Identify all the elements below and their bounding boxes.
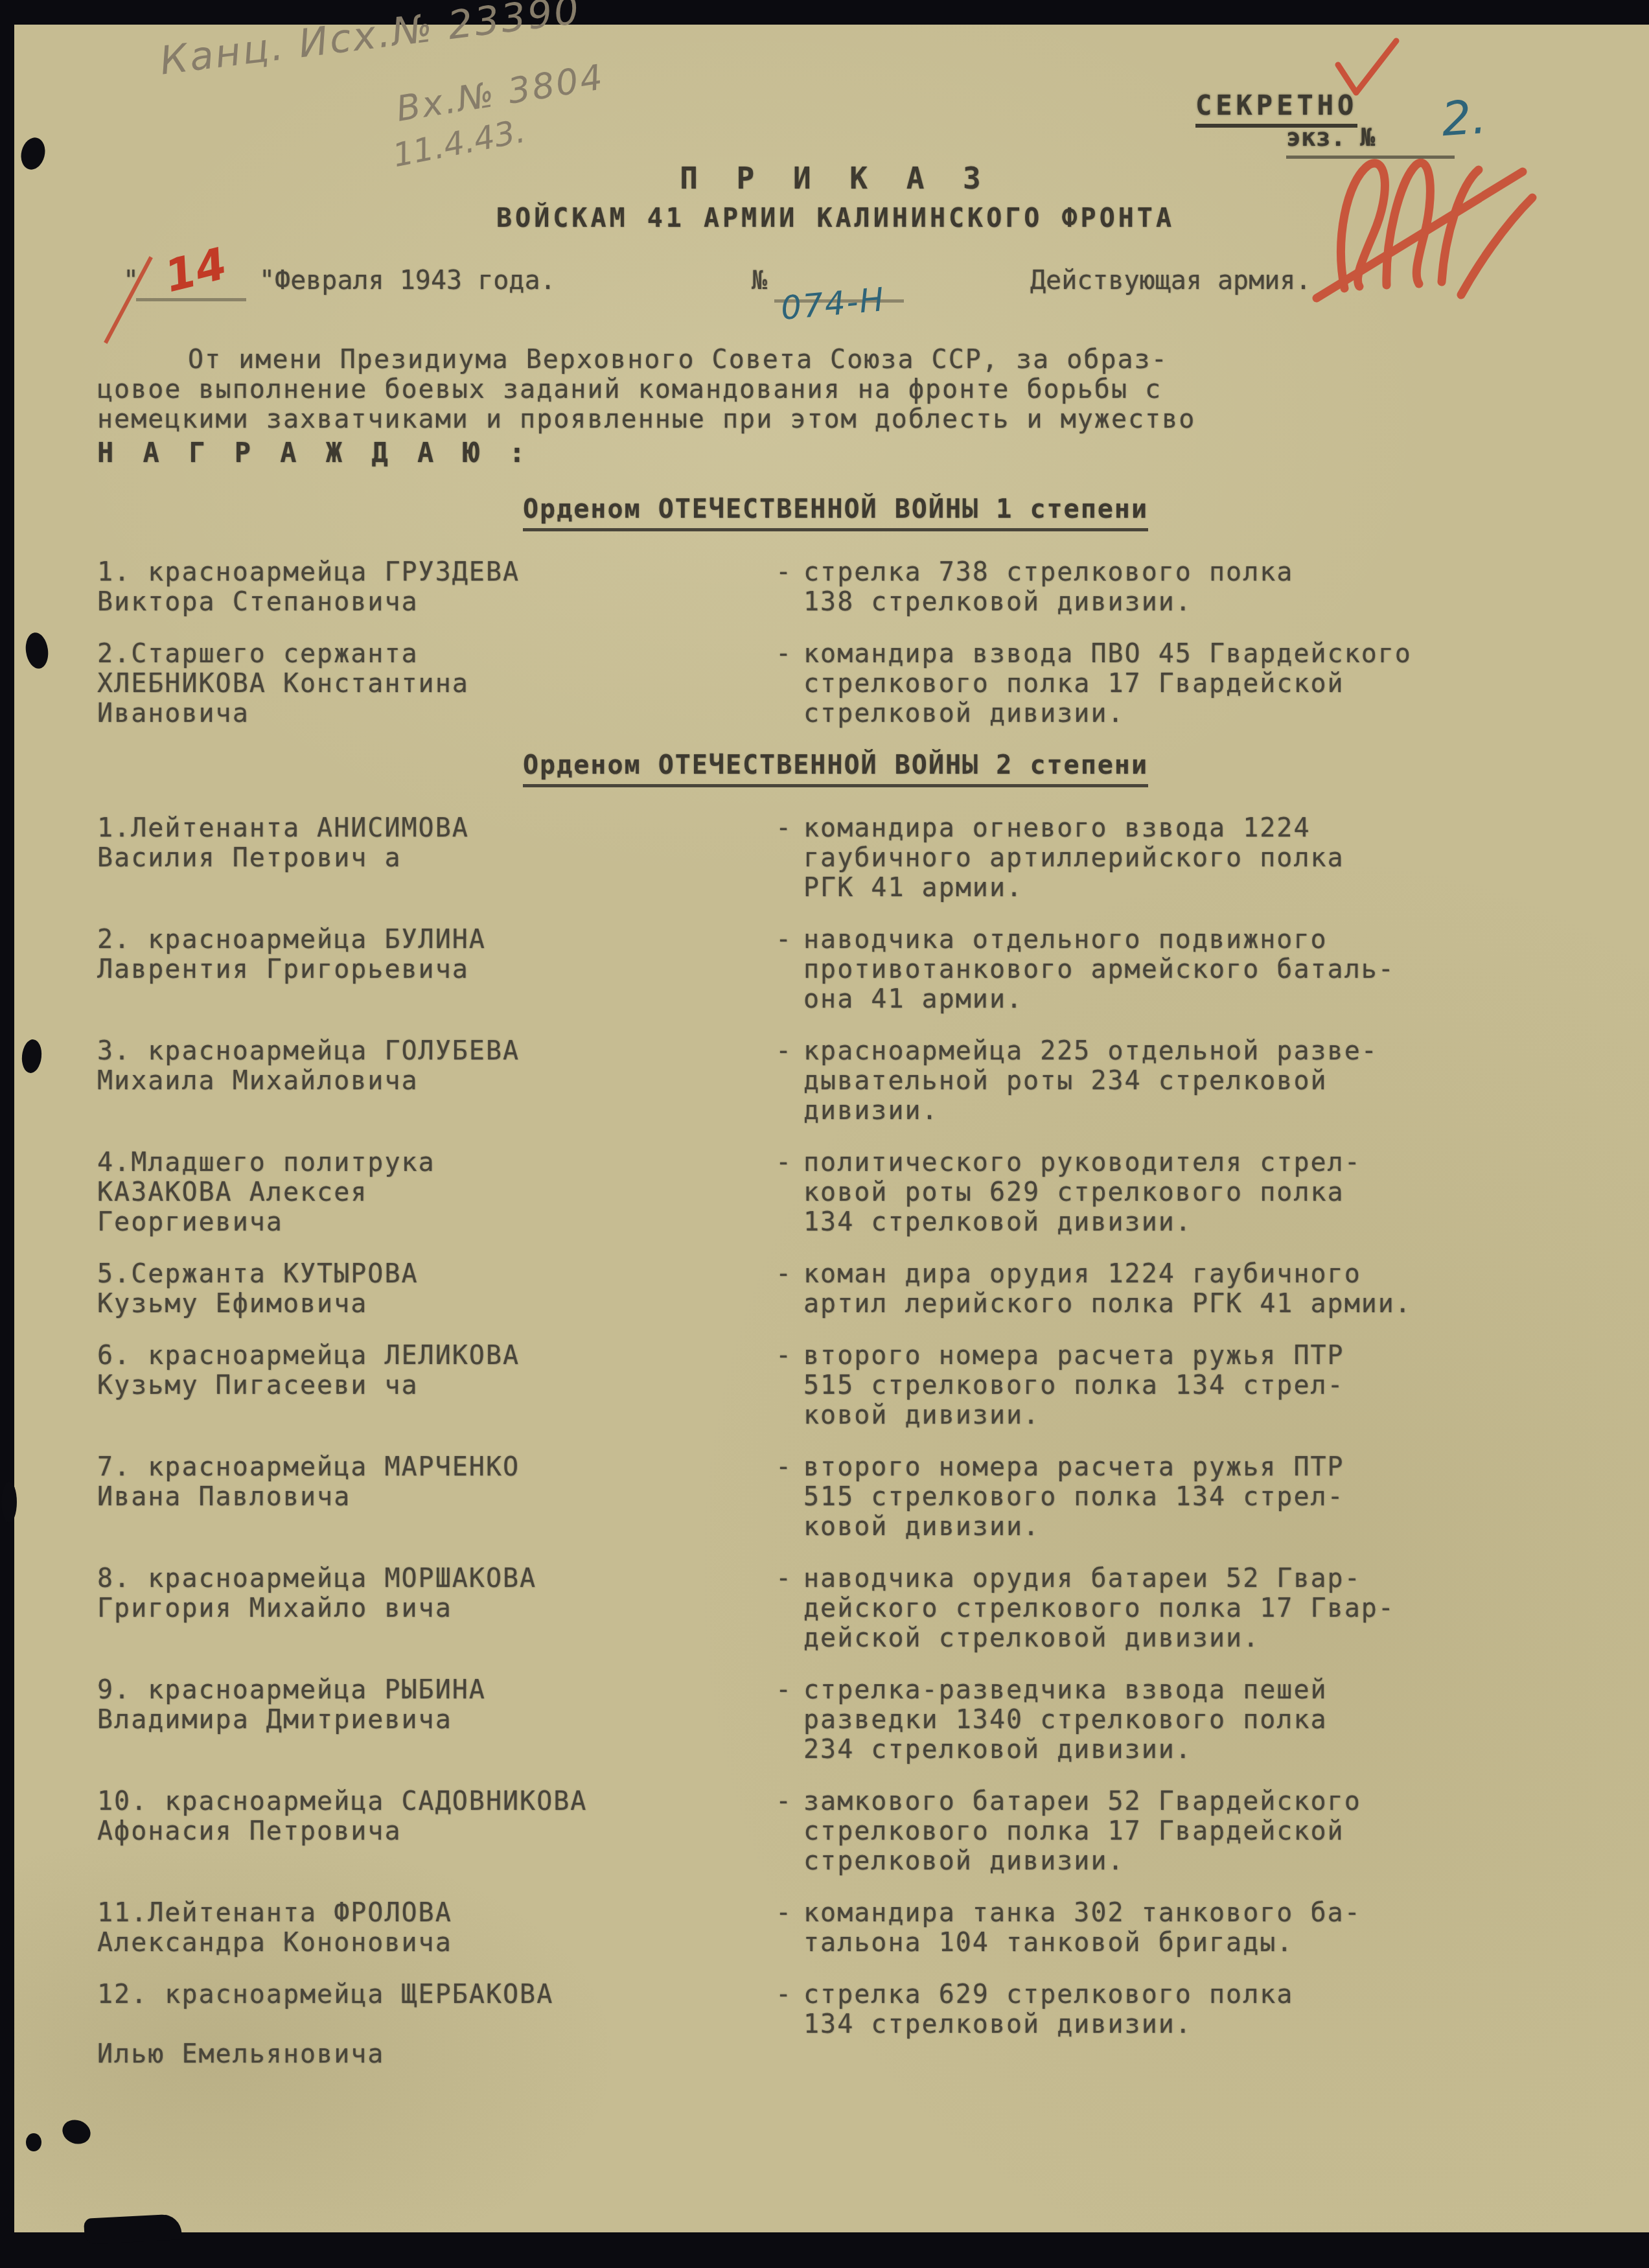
award-position: командира взвода ПВО 45 Гвардейского стр… xyxy=(803,639,1574,728)
preamble-text: От имени Президиума Верховного Совета Со… xyxy=(97,345,1574,434)
recipient-name: 5.Сержанта КУТЫРОВА Кузьму Ефимовича xyxy=(97,1259,765,1319)
scan-defect xyxy=(26,2133,41,2151)
award-entry: 12. красноармейца ЩЕРБАКОВА Илью Емельян… xyxy=(97,1980,1574,2069)
recipient-name: 6. красноармейца ЛЕЛИКОВА Кузьму Пигасее… xyxy=(97,1341,765,1400)
award-entry: 7. красноармейца МАРЧЕНКО Ивана Павлович… xyxy=(97,1452,1574,1542)
section-1-heading-wrap: Орденом ОТЕЧЕСТВЕННОЙ ВОЙНЫ 1 степени xyxy=(97,494,1574,531)
dash-separator: - xyxy=(765,557,803,587)
recipient-name: 10. красноармейца САДОВНИКОВА Афонасия П… xyxy=(97,1787,765,1846)
dash-separator: - xyxy=(765,1036,803,1066)
dash-separator: - xyxy=(765,1898,803,1928)
award-position: стрелка 738 стрелкового полка 138 стрелк… xyxy=(803,557,1574,617)
award-entry: 5.Сержанта КУТЫРОВА Кузьму Ефимовича - к… xyxy=(97,1259,1574,1319)
award-position: наводчика орудия батареи 52 Гвар- дейско… xyxy=(803,1564,1574,1653)
red-check-icon xyxy=(1332,36,1403,100)
award-position: красноармейца 225 отдельной разве- дыват… xyxy=(803,1036,1574,1126)
date-text: "Февраля 1943 года. xyxy=(259,266,556,295)
army-status: Действующая армия. xyxy=(1030,266,1311,295)
award-position: политического руководителя стрел- ковой … xyxy=(803,1148,1574,1237)
award-entry: 1. красноармейца ГРУЗДЕВА Виктора Степан… xyxy=(97,557,1574,617)
recipient-name: 1.Лейтенанта АНИСИМОВА Василия Петрович … xyxy=(97,813,765,873)
award-entry: 2.Старшего сержанта ХЛЕБНИКОВА Константи… xyxy=(97,639,1574,728)
award-position: стрелка 629 стрелкового полка 134 стрелк… xyxy=(803,1980,1574,2039)
recipient-name: 11.Лейтенанта ФРОЛОВА Александра Кононов… xyxy=(97,1898,765,1958)
award-entry: 8. красноармейца МОРШАКОВА Григория Миха… xyxy=(97,1564,1574,1653)
award-entry: 4.Младшего политрука КАЗАКОВА Алексея Ге… xyxy=(97,1148,1574,1237)
award-position: второго номера расчета ружья ПТР 515 стр… xyxy=(803,1452,1574,1542)
recipient-name: 7. красноармейца МАРЧЕНКО Ивана Павлович… xyxy=(97,1452,765,1512)
recipient-name: 12. красноармейца ЩЕРБАКОВА Илью Емельян… xyxy=(97,1980,765,2069)
red-scribble-mark xyxy=(1309,136,1542,305)
award-entry: 9. красноармейца РЫБИНА Владимира Дмитри… xyxy=(97,1675,1574,1765)
award-position: коман дира орудия 1224 гаубичного артил … xyxy=(803,1259,1574,1319)
dash-separator: - xyxy=(765,1341,803,1371)
scan-defect xyxy=(1,1481,17,1523)
award-position: второго номера расчета ружья ПТР 515 стр… xyxy=(803,1341,1574,1430)
dash-separator: - xyxy=(765,1675,803,1705)
section-1-heading: Орденом ОТЕЧЕСТВЕННОЙ ВОЙНЫ 1 степени xyxy=(523,494,1148,531)
award-entry: 10. красноармейца САДОВНИКОВА Афонасия П… xyxy=(97,1787,1574,1876)
award-entry: 2. красноармейца БУЛИНА Лаврентия Григор… xyxy=(97,925,1574,1014)
dash-separator: - xyxy=(765,925,803,955)
day-underline xyxy=(136,298,246,301)
award-entry: 1.Лейтенанта АНИСИМОВА Василия Петрович … xyxy=(97,813,1574,903)
dash-separator: - xyxy=(765,1148,803,1177)
award-position: командира танка 302 танкового ба- тальон… xyxy=(803,1898,1574,1958)
recipient-name: 1. красноармейца ГРУЗДЕВА Виктора Степан… xyxy=(97,557,765,617)
section-2-heading: Орденом ОТЕЧЕСТВЕННОЙ ВОЙНЫ 2 степени xyxy=(523,750,1148,787)
award-word: Н А Г Р А Ж Д А Ю : xyxy=(97,437,1574,469)
dash-separator: - xyxy=(765,813,803,843)
dash-separator: - xyxy=(765,1980,803,2009)
recipient-name: 4.Младшего политрука КАЗАКОВА Алексея Ге… xyxy=(97,1148,765,1237)
dash-separator: - xyxy=(765,1564,803,1593)
award-entry: 3. красноармейца ГОЛУБЕВА Михаила Михайл… xyxy=(97,1036,1574,1126)
recipient-name: 2. красноармейца БУЛИНА Лаврентия Григор… xyxy=(97,925,765,984)
dash-separator: - xyxy=(765,1259,803,1289)
section-2-heading-wrap: Орденом ОТЕЧЕСТВЕННОЙ ВОЙНЫ 2 степени xyxy=(97,750,1574,787)
dash-separator: - xyxy=(765,639,803,669)
award-position: стрелка-разведчика взвода пешей разведки… xyxy=(803,1675,1574,1765)
award-position: наводчика отдельного подвижного противот… xyxy=(803,925,1574,1014)
number-sign: № xyxy=(752,266,767,295)
recipient-name: 8. красноармейца МОРШАКОВА Григория Миха… xyxy=(97,1564,765,1623)
award-position: командира огневого взвода 1224 гаубичног… xyxy=(803,813,1574,903)
award-entry: 11.Лейтенанта ФРОЛОВА Александра Кононов… xyxy=(97,1898,1574,1958)
dash-separator: - xyxy=(765,1452,803,1482)
section-1-entries: 1. красноармейца ГРУЗДЕВА Виктора Степан… xyxy=(97,557,1574,728)
section-2-entries: 1.Лейтенанта АНИСИМОВА Василия Петрович … xyxy=(97,813,1574,2069)
award-entry: 6. красноармейца ЛЕЛИКОВА Кузьму Пигасее… xyxy=(97,1341,1574,1430)
recipient-name: 9. красноармейца РЫБИНА Владимира Дмитри… xyxy=(97,1675,765,1735)
recipient-name: 2.Старшего сержанта ХЛЕБНИКОВА Константи… xyxy=(97,639,765,728)
paper-sheet: П Р И К А З ВОЙСКАМ 41 АРМИИ КАЛИНИНСКОГ… xyxy=(14,25,1649,2232)
scan-edge-notch xyxy=(84,2214,182,2245)
recipient-name: 3. красноармейца ГОЛУБЕВА Михаила Михайл… xyxy=(97,1036,765,1096)
award-position: замкового батареи 52 Гвардейского стрелк… xyxy=(803,1787,1574,1876)
dash-separator: - xyxy=(765,1787,803,1816)
document-scan: ★ ★ ★ ★ ★ ★ ПАМЯТЬ НАРОДА 1941 1945 ПАМЯ… xyxy=(0,0,1649,2268)
